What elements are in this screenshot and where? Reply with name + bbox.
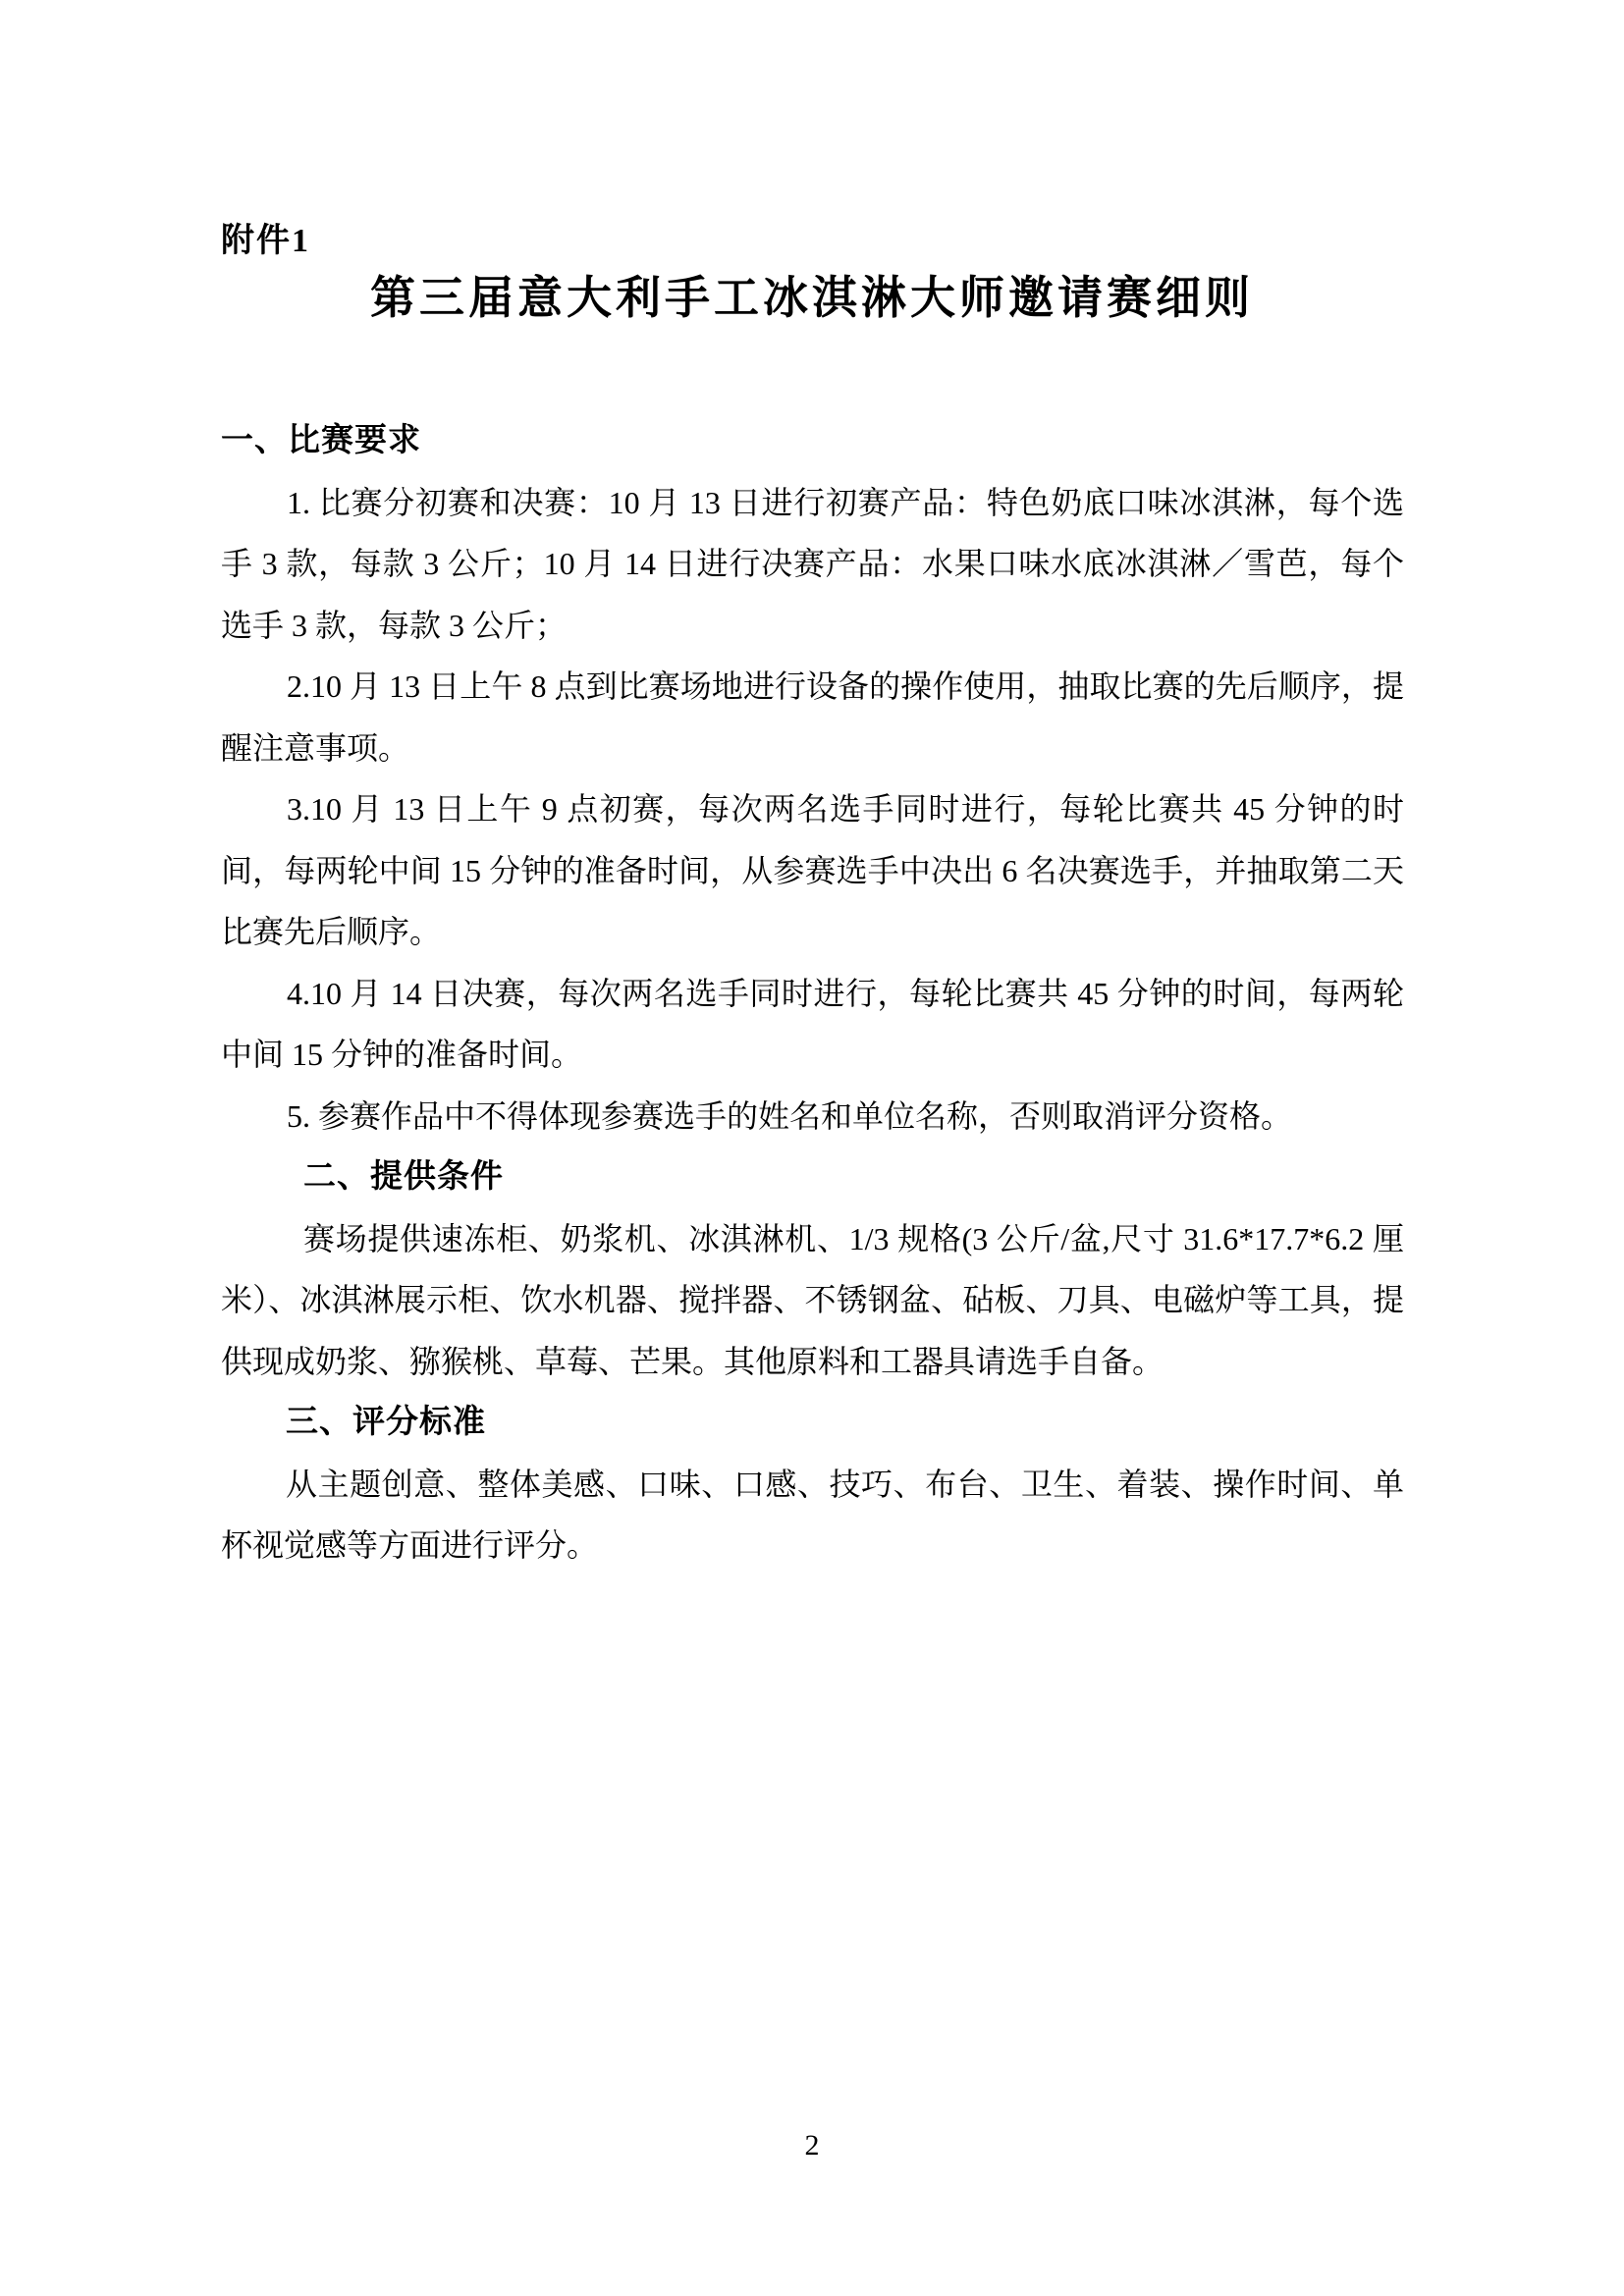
section-heading-scoring: 三、评分标准	[221, 1392, 1404, 1454]
paragraph-scoring: 从主题创意、整体美感、口味、口感、技巧、布台、卫生、着装、操作时间、单杯视觉感等…	[221, 1454, 1404, 1576]
paragraph-rule-3: 3.10 月 13 日上午 9 点初赛，每次两名选手同时进行，每轮比赛共 45 …	[221, 778, 1404, 963]
paragraph-rule-2: 2.10 月 13 日上午 8 点到比赛场地进行设备的操作使用，抽取比赛的先后顺…	[221, 656, 1404, 778]
paragraph-rule-5: 5. 参赛作品中不得体现参赛选手的姓名和单位名称，否则取消评分资格。	[221, 1086, 1404, 1148]
attachment-label: 附件1	[221, 220, 310, 263]
document-body: 一、比赛要求 1. 比赛分初赛和决赛：10 月 13 日进行初赛产品：特色奶底口…	[221, 410, 1404, 1576]
section-heading-requirements: 一、比赛要求	[221, 410, 1404, 472]
document-title: 第三届意大利手工冰淇淋大师邀请赛细则	[0, 269, 1624, 328]
document-page: 附件1 第三届意大利手工冰淇淋大师邀请赛细则 一、比赛要求 1. 比赛分初赛和决…	[0, 0, 1624, 2296]
paragraph-rule-1: 1. 比赛分初赛和决赛：10 月 13 日进行初赛产品：特色奶底口味冰淇淋，每个…	[221, 472, 1404, 657]
page-number: 2	[0, 2124, 1624, 2167]
paragraph-provisions: 赛场提供速冻柜、奶浆机、冰淇淋机、1/3 规格(3 公斤/盆,尺寸 31.6*1…	[221, 1208, 1404, 1393]
paragraph-rule-4: 4.10 月 14 日决赛，每次两名选手同时进行，每轮比赛共 45 分钟的时间，…	[221, 963, 1404, 1086]
section-heading-provisions: 二、提供条件	[221, 1147, 1404, 1208]
